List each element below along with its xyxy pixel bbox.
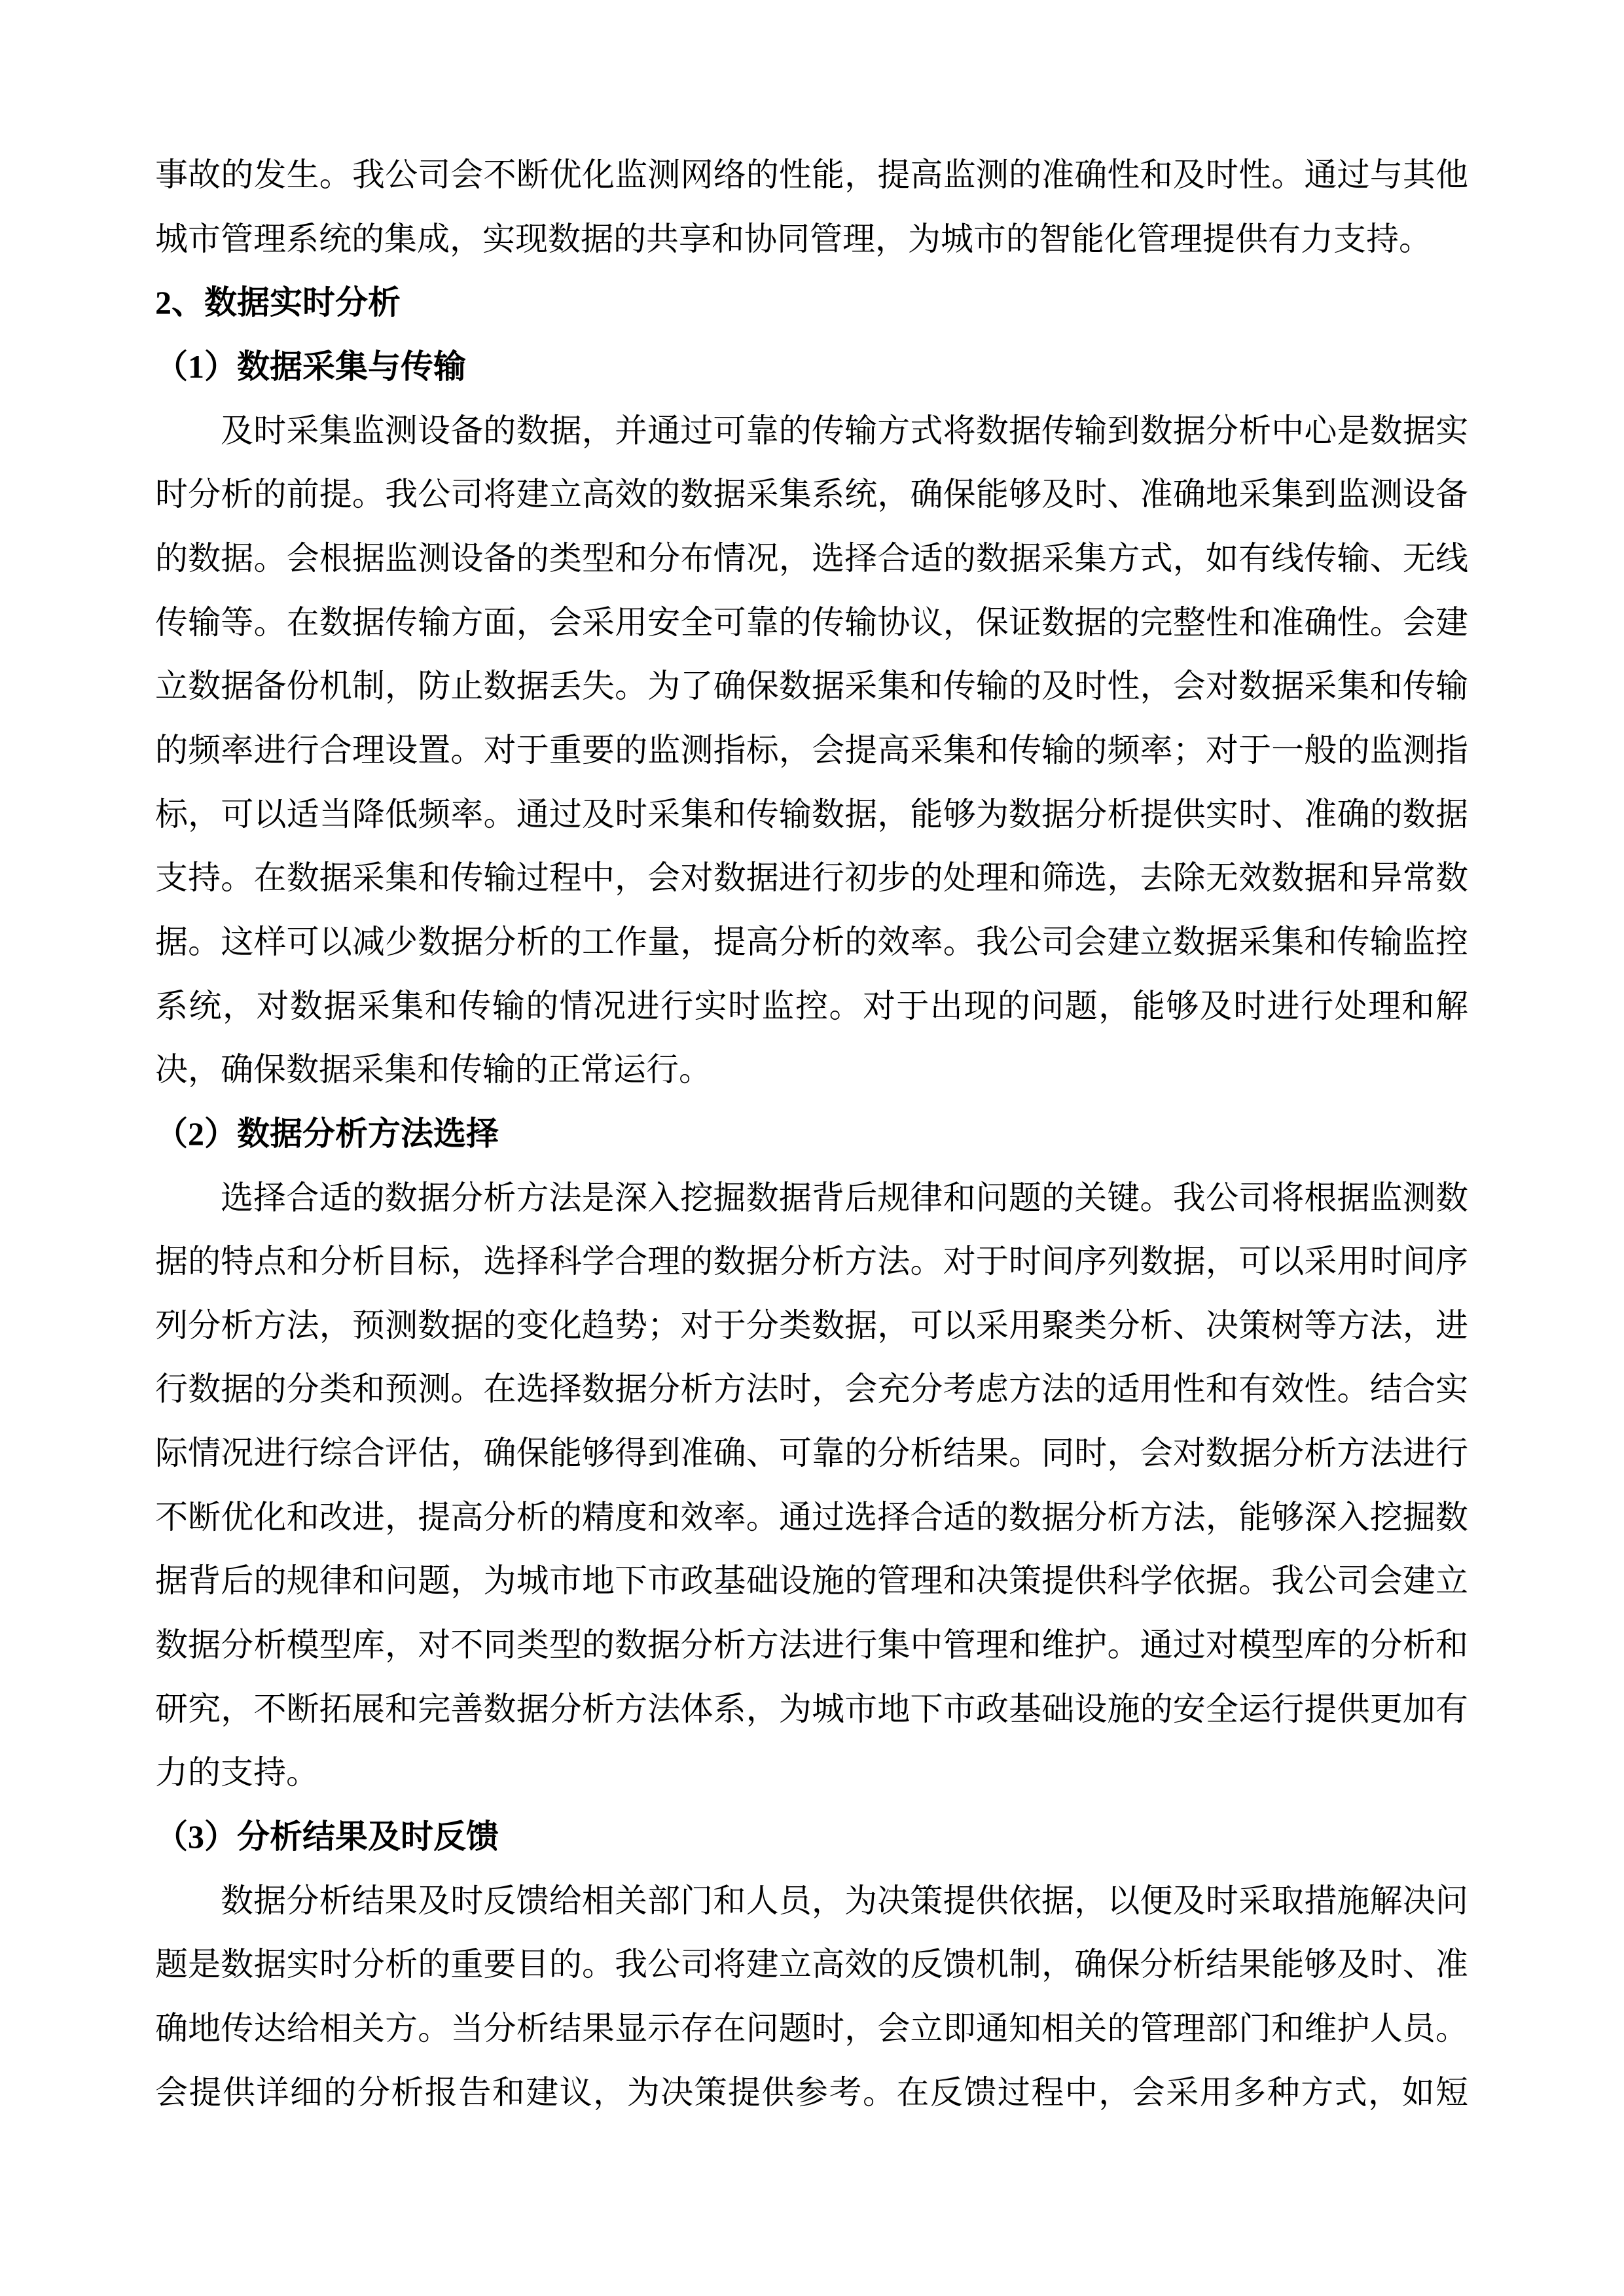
text-line: 及时采集监测设备的数据，并通过可靠的传输方式将数据传输到数据分析中心是数据实 (155, 399, 1468, 463)
text-line: 的数据。会根据监测设备的类型和分布情况，选择合适的数据采集方式，如有线传输、无线 (155, 527, 1468, 591)
text-line: 题是数据实时分析的重要目的。我公司将建立高效的反馈机制，确保分析结果能够及时、准 (155, 1933, 1468, 1997)
text-line: 际情况进行综合评估，确保能够得到准确、可靠的分析结果。同时，会对数据分析方法进行 (155, 1422, 1468, 1486)
text-line: 时分析的前提。我公司将建立高效的数据采集系统，确保能够及时、准确地采集到监测设备 (155, 463, 1468, 527)
text-line: 研究，不断拓展和完善数据分析方法体系，为城市地下市政基础设施的安全运行提供更加有 (155, 1677, 1468, 1742)
text-line: 列分析方法，预测数据的变化趋势；对于分类数据，可以采用聚类分析、决策树等方法，进 (155, 1294, 1468, 1358)
text-line: 力的支持。 (155, 1741, 1468, 1805)
text-line: 确地传达给相关方。当分析结果显示存在问题时，会立即通知相关的管理部门和维护人员。 (155, 1997, 1468, 2061)
text-line: 支持。在数据采集和传输过程中，会对数据进行初步的处理和筛选，去除无效数据和异常数 (155, 846, 1468, 910)
text-line: 系统，对数据采集和传输的情况进行实时监控。对于出现的问题，能够及时进行处理和解 (155, 975, 1468, 1039)
text-line: 据。这样可以减少数据分析的工作量，提高分析的效率。我公司会建立数据采集和传输监控 (155, 910, 1468, 975)
text-line: 数据分析结果及时反馈给相关部门和人员，为决策提供依据，以便及时采取措施解决问 (155, 1869, 1468, 1933)
text-line: 据背后的规律和问题，为城市地下市政基础设施的管理和决策提供科学依据。我公司会建立 (155, 1549, 1468, 1613)
text-line: 选择合适的数据分析方法是深入挖掘数据背后规律和问题的关键。我公司将根据监测数 (155, 1166, 1468, 1230)
text-line: 决，确保数据采集和传输的正常运行。 (155, 1038, 1468, 1102)
text-line: 不断优化和改进，提高分析的精度和效率。通过选择合适的数据分析方法，能够深入挖掘数 (155, 1486, 1468, 1550)
document-body: 事故的发生。我公司会不断优化监测网络的性能，提高监测的准确性和及时性。通过与其他… (155, 143, 1468, 2125)
subsection-heading: （1）数据采集与传输 (155, 335, 1468, 399)
text-line: 事故的发生。我公司会不断优化监测网络的性能，提高监测的准确性和及时性。通过与其他 (155, 143, 1468, 207)
subsection-heading: （2）数据分析方法选择 (155, 1102, 1468, 1166)
text-line: 立数据备份机制，防止数据丢失。为了确保数据采集和传输的及时性，会对数据采集和传输 (155, 655, 1468, 719)
text-line: 会提供详细的分析报告和建议，为决策提供参考。在反馈过程中，会采用多种方式，如短 (155, 2061, 1468, 2125)
document-page: 事故的发生。我公司会不断优化监测网络的性能，提高监测的准确性和及时性。通过与其他… (0, 0, 1624, 2296)
section-heading: 2、数据实时分析 (155, 271, 1468, 335)
subsection-heading: （3）分析结果及时反馈 (155, 1805, 1468, 1869)
text-line: 数据分析模型库，对不同类型的数据分析方法进行集中管理和维护。通过对模型库的分析和 (155, 1613, 1468, 1677)
text-line: 传输等。在数据传输方面，会采用安全可靠的传输协议，保证数据的完整性和准确性。会建 (155, 591, 1468, 655)
text-line: 的频率进行合理设置。对于重要的监测指标，会提高采集和传输的频率；对于一般的监测指 (155, 719, 1468, 783)
text-line: 城市管理系统的集成，实现数据的共享和协同管理，为城市的智能化管理提供有力支持。 (155, 207, 1468, 272)
text-line: 据的特点和分析目标，选择科学合理的数据分析方法。对于时间序列数据，可以采用时间序 (155, 1230, 1468, 1294)
text-line: 标，可以适当降低频率。通过及时采集和传输数据，能够为数据分析提供实时、准确的数据 (155, 783, 1468, 847)
text-line: 行数据的分类和预测。在选择数据分析方法时，会充分考虑方法的适用性和有效性。结合实 (155, 1357, 1468, 1422)
